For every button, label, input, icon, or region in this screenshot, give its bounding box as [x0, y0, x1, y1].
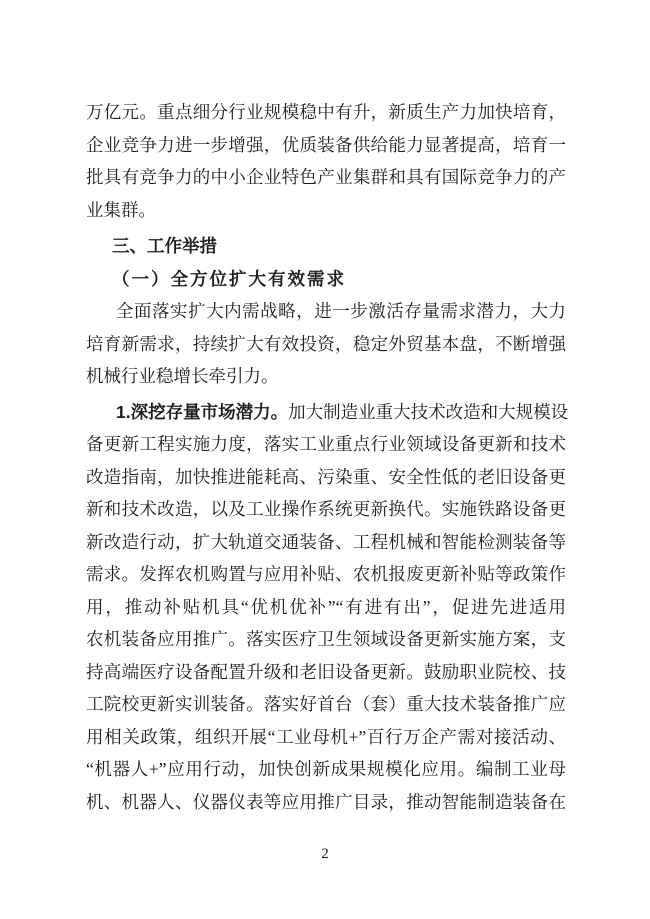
- line-text: 三、工作举措: [112, 236, 217, 256]
- text-line: 需求。发挥农机购置与应用补贴、农机报废更新补贴等政策作: [86, 558, 566, 591]
- text-line: 1.深挖存量市场潜力。加大制造业重大技术改造和大规模设: [86, 396, 566, 429]
- line-text: 改造指南，加快推进能耗高、污染重、安全性低的老旧设备更: [86, 467, 566, 487]
- text-line: 全面落实扩大内需战略，进一步激活存量需求潜力，大力: [86, 295, 566, 328]
- paragraph-overview: 全面落实扩大内需战略，进一步激活存量需求潜力，大力培育新需求，持续扩大有效投资，…: [86, 295, 566, 393]
- text-line: 用相关政策，组织开展“工业母机+”百行万企产需对接活动、: [86, 721, 566, 754]
- line-text: （一）全方位扩大有效需求: [112, 269, 346, 289]
- line-text: 工院校更新实训装备。落实好首台（套）重大技术装备推广应: [86, 694, 566, 714]
- text-line: 农机装备应用推广。落实医疗卫生领域设备更新实施方案，支: [86, 623, 566, 656]
- page-number: 2: [321, 846, 329, 862]
- section-heading-work-measures: 三、工作举措: [86, 230, 566, 263]
- line-text: 企业竞争力进一步增强，优质装备供给能力显著提高，培育一: [86, 135, 566, 155]
- line-text: 加大制造业重大技术改造和大规模设: [288, 402, 568, 422]
- line-text: 备更新工程实施力度，落实工业重点行业领域设备更新和技术: [86, 434, 566, 454]
- text-line: 备更新工程实施力度，落实工业重点行业领域设备更新和技术: [86, 428, 566, 461]
- text-line: 工院校更新实训装备。落实好首台（套）重大技术装备推广应: [86, 688, 566, 721]
- text-line: 培育新需求，持续扩大有效投资，稳定外贸基本盘，不断增强: [86, 328, 566, 361]
- text-line: 业集群。: [86, 194, 566, 227]
- text-line: 企业竞争力进一步增强，优质装备供给能力显著提高，培育一: [86, 129, 566, 162]
- document-text-area: 万亿元。重点细分行业规模稳中有升，新质生产力加快培育，企业竞争力进一步增强，优质…: [86, 96, 566, 818]
- text-line: 三、工作举措: [86, 230, 566, 263]
- text-line: 新改造行动，扩大轨道交通装备、工程机械和智能检测装备等: [86, 526, 566, 559]
- paragraph-continued-from-previous-page: 万亿元。重点细分行业规模稳中有升，新质生产力加快培育，企业竞争力进一步增强，优质…: [86, 96, 566, 226]
- paragraph-item-1-tap-existing-market: 1.深挖存量市场潜力。加大制造业重大技术改造和大规模设备更新工程实施力度，落实工…: [86, 396, 566, 819]
- text-line: 批具有竞争力的中小企业特色产业集群和具有国际竞争力的产: [86, 161, 566, 194]
- line-text: 业集群。: [86, 200, 156, 220]
- line-text: 用相关政策，组织开展“工业母机+”百行万企产需对接活动、: [86, 727, 566, 747]
- line-text: 全面落实扩大内需战略，进一步激活存量需求潜力，大力: [116, 301, 566, 321]
- text-line: 改造指南，加快推进能耗高、污染重、安全性低的老旧设备更: [86, 461, 566, 494]
- line-text: 用，推动补贴机具“优机优补”“有进有出”，促进先进适用: [86, 597, 566, 617]
- text-line: 万亿元。重点细分行业规模稳中有升，新质生产力加快培育，: [86, 96, 566, 129]
- line-text: 机械行业稳增长牵引力。: [86, 366, 279, 386]
- line-text: 万亿元。重点细分行业规模稳中有升，新质生产力加快培育，: [86, 102, 566, 122]
- line-text: 需求。发挥农机购置与应用补贴、农机报废更新补贴等政策作: [86, 564, 566, 584]
- text-line: 机、机器人、仪器仪表等应用推广目录，推动智能制造装备在: [86, 786, 566, 819]
- subsection-heading-expand-demand: （一）全方位扩大有效需求: [86, 263, 566, 296]
- text-line: 用，推动补贴机具“优机优补”“有进有出”，促进先进适用: [86, 591, 566, 624]
- line-text: 农机装备应用推广。落实医疗卫生领域设备更新实施方案，支: [86, 629, 566, 649]
- line-text: 持高端医疗设备配置升级和老旧设备更新。鼓励职业院校、技: [86, 662, 566, 682]
- text-line: 持高端医疗设备配置升级和老旧设备更新。鼓励职业院校、技: [86, 656, 566, 689]
- line-text: 机、机器人、仪器仪表等应用推广目录，推动智能制造装备在: [86, 792, 566, 812]
- line-text: “机器人+”应用行动，加快创新成果规模化应用。编制工业母: [86, 759, 566, 779]
- line-text: 批具有竞争力的中小企业特色产业集群和具有国际竞争力的产: [86, 167, 566, 187]
- text-line: （一）全方位扩大有效需求: [86, 263, 566, 296]
- line-text: 培育新需求，持续扩大有效投资，稳定外贸基本盘，不断增强: [86, 334, 566, 354]
- line-text: 新改造行动，扩大轨道交通装备、工程机械和智能检测装备等: [86, 532, 566, 552]
- text-line: 新和技术改造，以及工业操作系统更新换代。实施铁路设备更: [86, 493, 566, 526]
- document-page: 万亿元。重点细分行业规模稳中有升，新质生产力加快培育，企业竞争力进一步增强，优质…: [0, 0, 650, 919]
- page-footer: 2: [0, 846, 650, 863]
- line-text: 新和技术改造，以及工业操作系统更新换代。实施铁路设备更: [86, 499, 566, 519]
- text-line: “机器人+”应用行动，加快创新成果规模化应用。编制工业母: [86, 753, 566, 786]
- text-line: 机械行业稳增长牵引力。: [86, 360, 566, 393]
- bold-lead-text: 1.深挖存量市场潜力。: [116, 402, 288, 422]
